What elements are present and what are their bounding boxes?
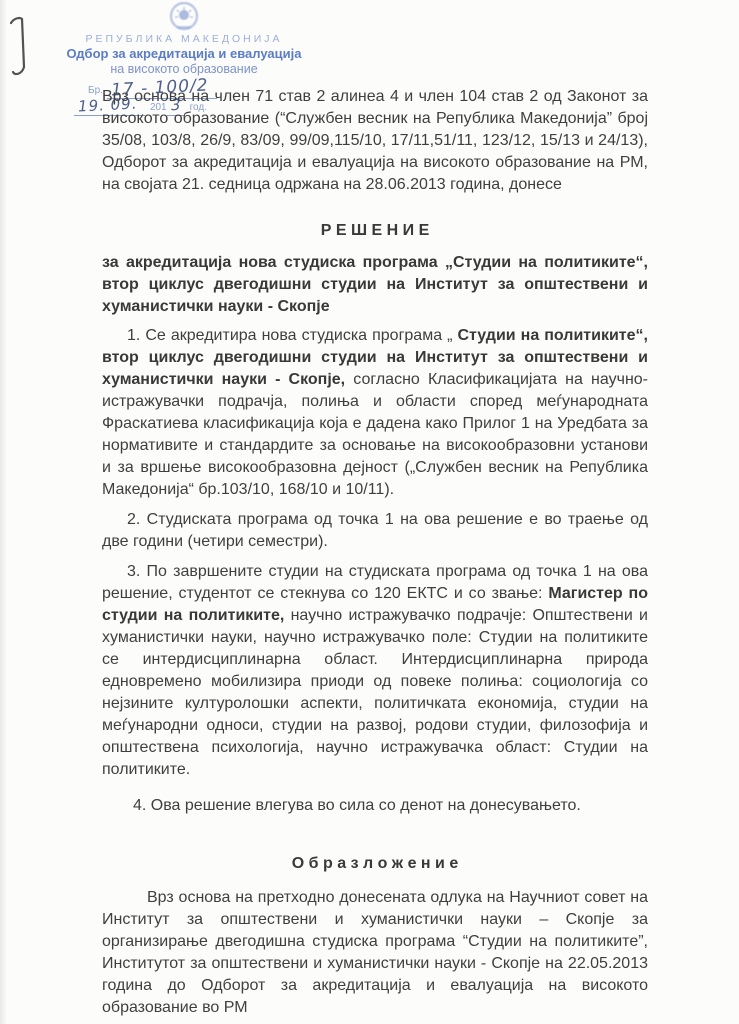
text-segment: Врз основа на член 71 став 2 алинеа 4 и … <box>102 88 648 193</box>
text-segment: Врз основа на претходно донесената одлук… <box>102 889 648 1016</box>
explanation-heading: О б р а з л о ж е н и е <box>102 853 648 875</box>
text-segment: научно истражувачко подрачје: Општествен… <box>102 607 648 778</box>
decision-item-1: 1. Се акредитира нова студиска програма … <box>102 325 648 501</box>
document-body: Врз основа на член 71 став 2 алинеа 4 и … <box>102 86 648 1019</box>
stamp-board-name-line2: на високото образование <box>58 62 310 76</box>
intro-paragraph: Врз основа на член 71 став 2 алинеа 4 и … <box>102 86 648 196</box>
text-segment: 2. Студиската програма од точка 1 на ова… <box>102 511 648 550</box>
text-segment: согласно Класификацијата на научно-истра… <box>102 371 648 498</box>
bracket-artifact-icon <box>8 16 30 82</box>
decision-item-2: 2. Студиската програма од точка 1 на ова… <box>102 509 648 553</box>
explanation-paragraph: Врз основа на претходно донесената одлук… <box>102 887 648 1019</box>
scan-artifact-mark <box>8 16 30 82</box>
text-segment: 1. Се акредитира нова студиска програма … <box>127 327 458 344</box>
decision-item-3: 3. По завршените студии на студиската пр… <box>102 561 648 781</box>
stamp-country-name: РЕПУБЛИКА МАКЕДОНИЈА <box>58 33 310 45</box>
scanned-document-page: РЕПУБЛИКА МАКЕДОНИЈА Одбор за акредитаци… <box>0 0 739 1024</box>
text-segment: 4. Ова решение влегува во сила со денот … <box>133 797 581 814</box>
state-emblem-icon <box>58 2 310 32</box>
decision-title: Р Е Ш Е Н И Е <box>102 220 648 242</box>
stamp-number-label: Бр. <box>88 85 103 96</box>
decision-item-4: 4. Ова решение влегува во сила со денот … <box>102 795 648 817</box>
bold-text-segment: за акредитација нова студиска програма „… <box>102 254 648 315</box>
decision-subtitle: за акредитација нова студиска програма „… <box>102 252 648 318</box>
stamp-board-name-line1: Одбор за акредитација и евалуација <box>58 46 310 61</box>
